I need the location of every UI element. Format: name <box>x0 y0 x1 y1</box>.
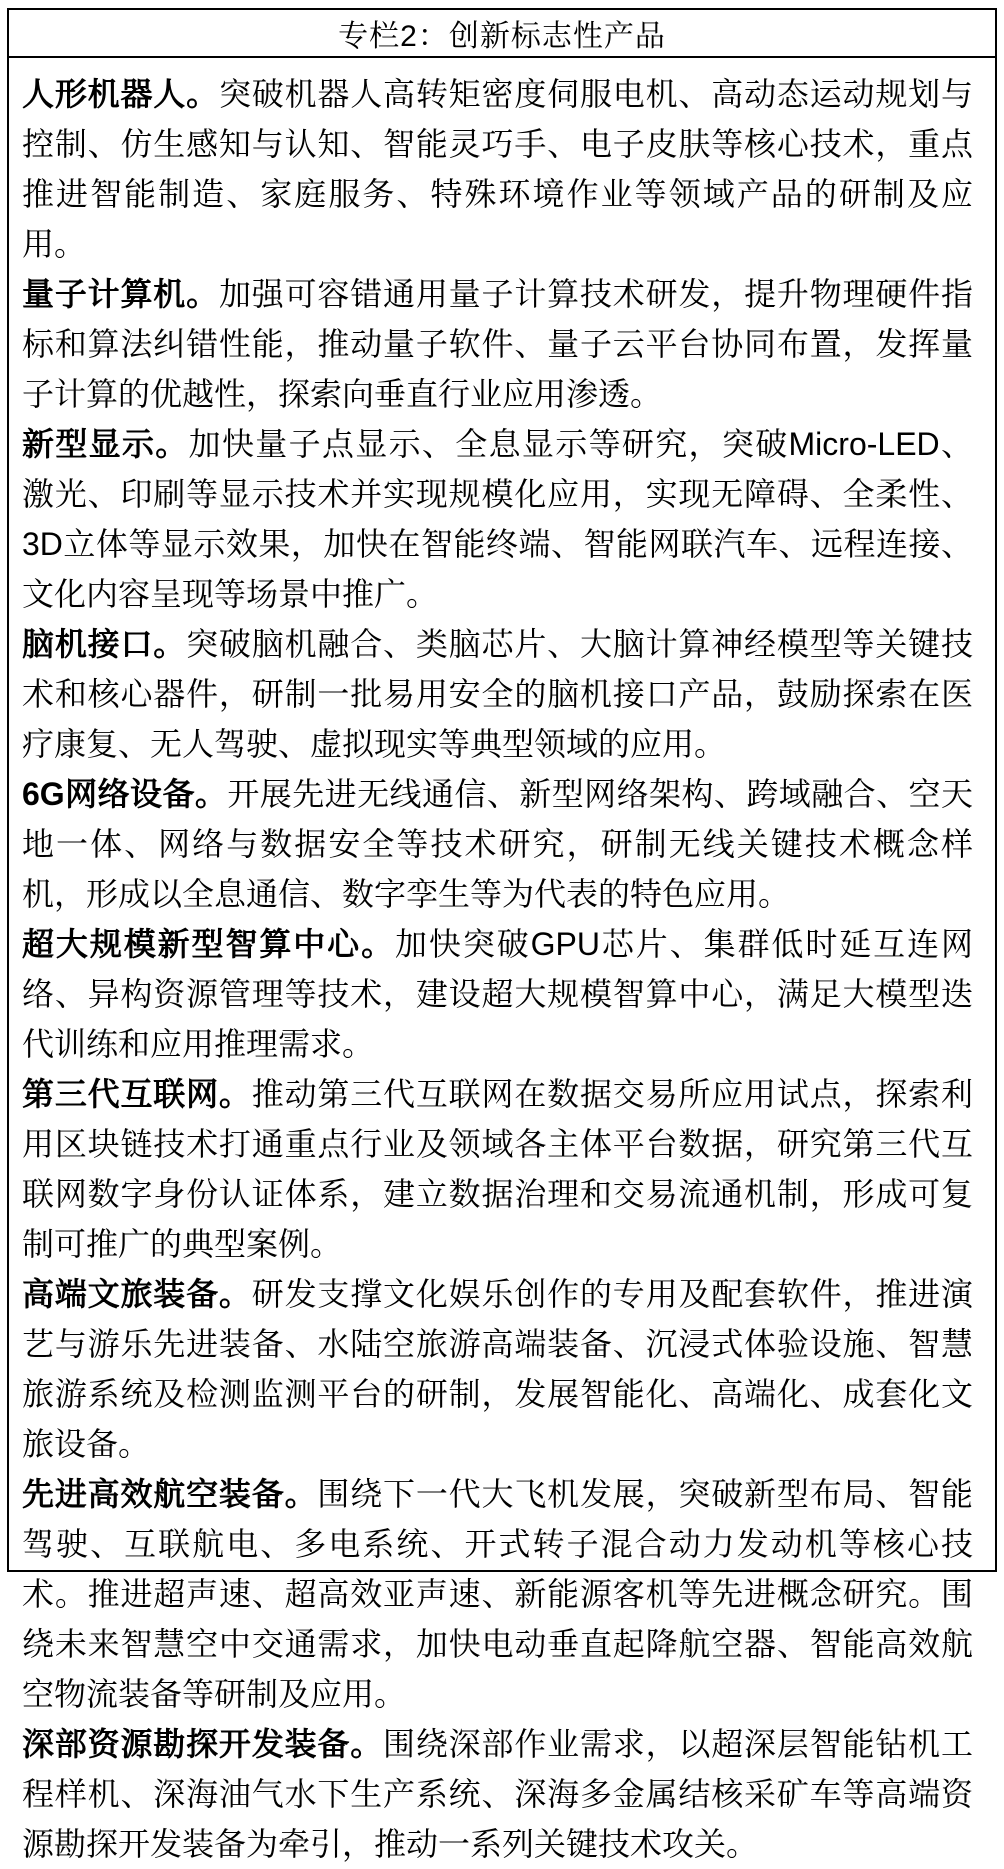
section-term: 新型显示。 <box>22 426 189 462</box>
section-paragraph: 深部资源勘探开发装备。围绕深部作业需求，以超深层智能钻机工程样机、深海油气水下生… <box>22 1719 973 1869</box>
section-paragraph: 新型显示。加快量子点显示、全息显示等研究，突破Micro-LED、激光、印刷等显… <box>22 419 973 619</box>
section-term: 超大规模新型智算中心。 <box>22 926 395 962</box>
section-paragraph: 先进高效航空装备。围绕下一代大飞机发展，突破新型布局、智能驾驶、互联航电、多电系… <box>22 1469 973 1719</box>
document-page: 专栏2：创新标志性产品 人形机器人。突破机器人高转矩密度伺服电机、高动态运动规划… <box>0 0 1004 1579</box>
section-paragraph: 高端文旅装备。研发支撑文化娱乐创作的专用及配套软件，推进演艺与游乐先进装备、水陆… <box>22 1269 973 1469</box>
section-paragraph: 脑机接口。突破脑机融合、类脑芯片、大脑计算神经模型等关键技术和核心器件，研制一批… <box>22 619 973 769</box>
section-term: 深部资源勘探开发装备。 <box>22 1726 383 1762</box>
box-title-text: 专栏2：创新标志性产品 <box>338 11 666 55</box>
section-paragraph: 6G网络设备。开展先进无线通信、新型网络架构、跨域融合、空天地一体、网络与数据安… <box>22 769 973 919</box>
section-term: 6G网络设备。 <box>22 776 227 812</box>
feature-box: 专栏2：创新标志性产品 人形机器人。突破机器人高转矩密度伺服电机、高动态运动规划… <box>7 8 997 1572</box>
box-body: 人形机器人。突破机器人高转矩密度伺服电机、高动态运动规划与控制、仿生感知与认知、… <box>9 58 995 1869</box>
section-term: 高端文旅装备。 <box>22 1276 252 1312</box>
section-term: 先进高效航空装备。 <box>22 1476 317 1512</box>
section-term: 人形机器人。 <box>22 76 219 112</box>
section-term: 第三代互联网。 <box>22 1076 252 1112</box>
section-paragraph: 量子计算机。加强可容错通用量子计算技术研发，提升物理硬件指标和算法纠错性能，推动… <box>22 269 973 419</box>
section-term: 量子计算机。 <box>22 276 219 312</box>
box-title-row: 专栏2：创新标志性产品 <box>9 10 995 58</box>
section-paragraph: 人形机器人。突破机器人高转矩密度伺服电机、高动态运动规划与控制、仿生感知与认知、… <box>22 69 973 269</box>
section-paragraph: 超大规模新型智算中心。加快突破GPU芯片、集群低时延互连网络、异构资源管理等技术… <box>22 919 973 1069</box>
section-term: 脑机接口。 <box>22 626 186 662</box>
section-paragraph: 第三代互联网。推动第三代互联网在数据交易所应用试点，探索利用区块链技术打通重点行… <box>22 1069 973 1269</box>
